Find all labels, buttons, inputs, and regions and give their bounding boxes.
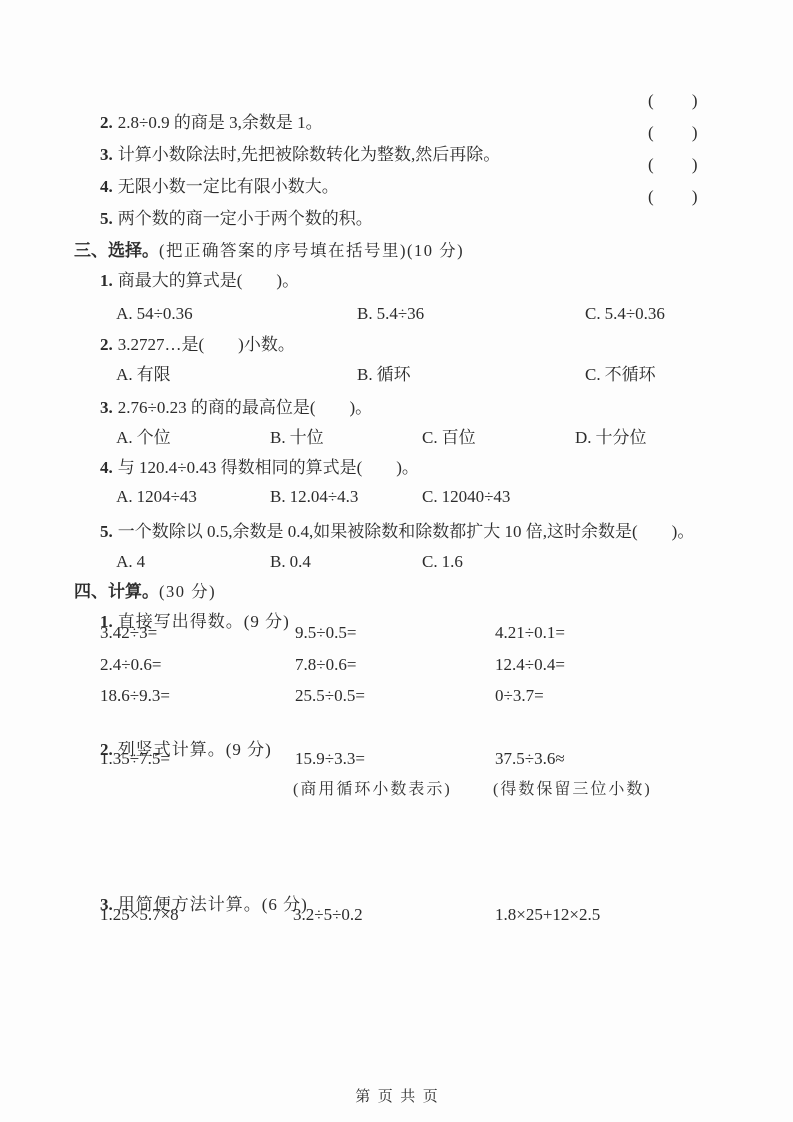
choice-q2-option-c-label: C. bbox=[585, 365, 601, 384]
choice-q2-option-b-text: 循环 bbox=[377, 365, 411, 384]
calc-direct-cell: 12.4÷0.4= bbox=[495, 654, 565, 676]
calc-direct-cell: 2.4÷0.6= bbox=[100, 654, 161, 676]
calc-simplify-problem: 1.25×5.7×8 bbox=[100, 904, 179, 926]
calc-simplify-problem: 3.2÷5÷0.2 bbox=[293, 904, 363, 926]
choice-q5-option-c-text: 1.6 bbox=[442, 552, 463, 571]
tf-item-3-answer-bracket: ( ) bbox=[648, 122, 698, 144]
tf-item-5-answer-bracket: ( ) bbox=[648, 186, 698, 208]
footer-page-label: 第 页 共 页 bbox=[0, 1085, 793, 1106]
calc-vertical-problem: 37.5÷3.6≈ bbox=[495, 748, 565, 770]
calc-vertical-problem: 15.9÷3.3= bbox=[295, 748, 365, 770]
calc-vertical-note-repeating-decimal: (商用循环小数表示) bbox=[293, 779, 452, 801]
calc-direct-cell: 3.42÷3= bbox=[100, 622, 157, 644]
choice-q5-option-b: B.0.4 bbox=[253, 529, 311, 595]
calc-direct-cell: 25.5÷0.5= bbox=[295, 685, 365, 707]
choice-q5-option-c-label: C. bbox=[422, 552, 438, 571]
choice-q1-option-b: B.5.4÷36 bbox=[340, 281, 424, 347]
choice-question-5: 5.一个数除以 0.5,余数是 0.4,如果被除数和除数都扩大 10 倍,这时余… bbox=[83, 499, 694, 565]
calc-direct-cell: 9.5÷0.5= bbox=[295, 622, 356, 644]
calc-vertical-problem: 1.35÷7.5= bbox=[100, 748, 170, 770]
tf-item-2-answer-bracket: ( ) bbox=[648, 90, 698, 112]
choice-q1-option-b-text: 5.4÷36 bbox=[377, 304, 425, 323]
choice-q3-option-c-text: 百位 bbox=[442, 428, 476, 447]
choice-q5-option-c: C.1.6 bbox=[405, 529, 463, 595]
choice-q3-option-d-text: 十分位 bbox=[596, 428, 647, 447]
choice-q3-option-d-label: D. bbox=[575, 428, 592, 447]
choice-q2-option-c: C.不循环 bbox=[568, 342, 656, 408]
calc-direct-cell: 0÷3.7= bbox=[495, 685, 544, 707]
choice-q1-option-c-text: 5.4÷0.36 bbox=[605, 304, 665, 323]
calc-vertical-note-three-decimals: (得数保留三位小数) bbox=[493, 779, 652, 801]
choice-q1-option-c-label: C. bbox=[585, 304, 601, 323]
choice-q1-option-c: C.5.4÷0.36 bbox=[568, 281, 665, 347]
calc-simplify-problem: 1.8×25+12×2.5 bbox=[495, 904, 600, 926]
calc-direct-cell: 4.21÷0.1= bbox=[495, 622, 565, 644]
choice-q1-option-b-label: B. bbox=[357, 304, 373, 323]
choice-q3-option-d: D.十分位 bbox=[558, 405, 647, 471]
choice-q5-option-b-text: 0.4 bbox=[290, 552, 311, 571]
choice-q2-option-c-text: 不循环 bbox=[605, 365, 656, 384]
calc-direct-cell: 18.6÷9.3= bbox=[100, 685, 170, 707]
choice-q5-option-b-label: B. bbox=[270, 552, 286, 571]
choice-q3-option-c-label: C. bbox=[422, 428, 438, 447]
calc-direct-cell: 7.8÷0.6= bbox=[295, 654, 356, 676]
worksheet-page: 2.2.8÷0.9 的商是 3,余数是 1。 ( ) 3.计算小数除法时,先把被… bbox=[0, 0, 793, 1122]
tf-item-4-answer-bracket: ( ) bbox=[648, 154, 698, 176]
